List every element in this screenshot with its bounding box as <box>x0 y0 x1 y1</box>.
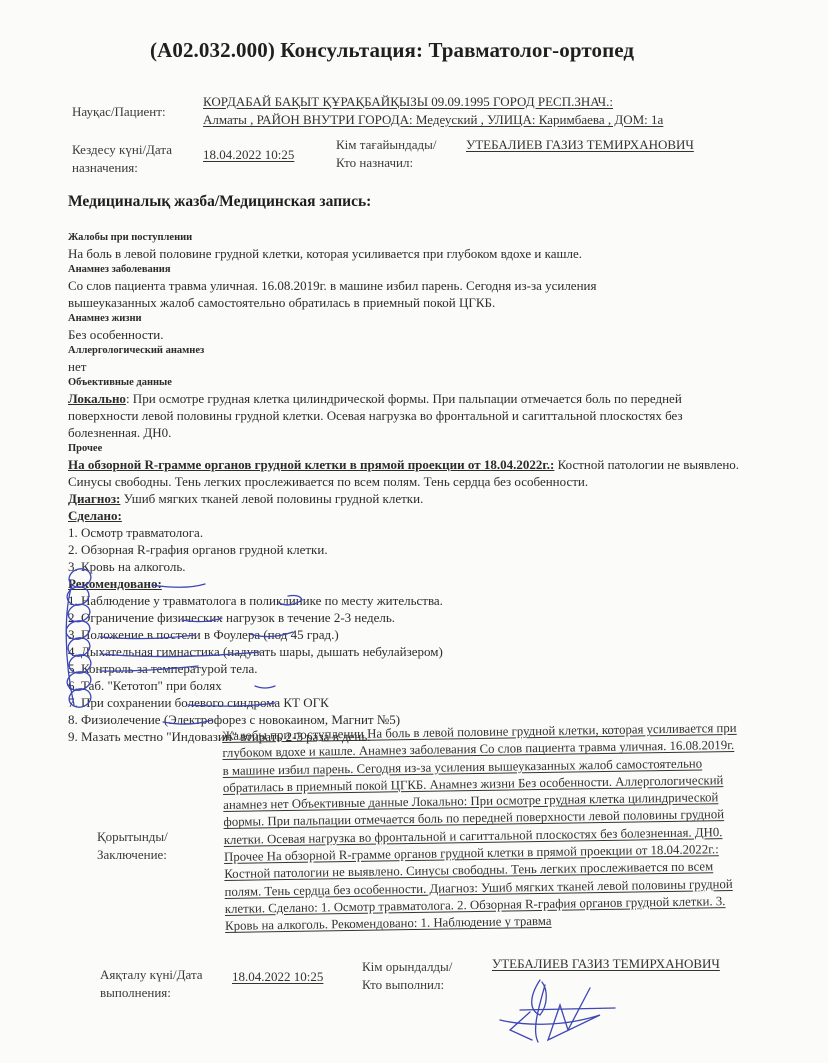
patient-label: Науқас/Пациент: <box>72 103 166 121</box>
completion-date-label: Аяқталу күні/Дата выполнения: <box>100 966 203 1002</box>
completion-date-value: 18.04.2022 10:25 <box>232 968 323 986</box>
objective-text: Локально: При осмотре грудная клетка цил… <box>68 390 708 441</box>
objective-title: Объективные данные <box>68 376 758 390</box>
complaints-text: На боль в левой половине грудной клетки,… <box>68 245 758 262</box>
diagnosis: Диагноз: Ушиб мягких тканей левой полови… <box>68 490 758 507</box>
diagnosis-label: Диагноз: <box>68 491 120 506</box>
patient-info-line-1: КОРДАБАЙ БАҚЫТ ҚҰРАҚБАЙҚЫЗЫ 09.09.1995 Г… <box>203 93 613 111</box>
other-text: На обзорной R-грамме органов грудной кле… <box>68 456 758 490</box>
objective-local-text: : При осмотре грудная клетка цилиндричес… <box>68 391 683 440</box>
document-title: (A02.032.000) Консультация: Травматолог-… <box>150 38 634 63</box>
conclusion-label-kk: Қорытынды/ <box>97 828 168 846</box>
medical-record-heading: Медициналық жазба/Медицинская запись: <box>68 193 371 211</box>
recommended-item: 6. Таб. "Кетотоп" при болях <box>68 677 758 694</box>
assigned-by-value: УТЕБАЛИЕВ ГАЗИЗ ТЕМИРХАНОВИЧ <box>466 136 694 154</box>
objective-local-label: Локально <box>68 391 126 406</box>
allergy-text: нет <box>68 358 758 375</box>
recommended-item: 1. Наблюдение у травматолога в поликлини… <box>68 592 758 609</box>
recommended-item: 2. Ограничение физических нагрузок в теч… <box>68 609 758 626</box>
patient-info-line-2: Алматы , РАЙОН ВНУТРИ ГОРОДА: Медеуский … <box>203 111 663 129</box>
performer-label-kk: Кім орындалды/ <box>362 958 452 976</box>
appointment-date-label-kk: Кездесу күні/Дата <box>72 141 172 159</box>
medical-record-body: Жалобы при поступлении На боль в левой п… <box>68 230 758 745</box>
complaints-title: Жалобы при поступлении <box>68 231 758 245</box>
recommended-title: Рекомендовано: <box>68 575 758 592</box>
life-history-text: Без особенности. <box>68 326 758 343</box>
done-item: 1. Осмотр травматолога. <box>68 524 758 541</box>
assigned-by-label-kk: Кім тағайындады/ <box>336 136 436 154</box>
completion-date-label-kk: Аяқталу күні/Дата <box>100 966 203 984</box>
scanned-medical-document: (A02.032.000) Консультация: Травматолог-… <box>0 0 828 1063</box>
appointment-date-value: 18.04.2022 10:25 <box>203 146 294 164</box>
allergy-title: Аллергологический анамнез <box>68 344 758 358</box>
diagnosis-text: Ушиб мягких тканей левой половины грудно… <box>120 491 423 506</box>
recommended-item: 3. Положение в постели в Фоулера (под 45… <box>68 626 758 643</box>
performer-label: Кім орындалды/ Кто выполнил: <box>362 958 452 994</box>
disease-history-text: Со слов пациента травма уличная. 16.08.2… <box>68 277 658 311</box>
performer-value: УТЕБАЛИЕВ ГАЗИЗ ТЕМИРХАНОВИЧ <box>492 955 720 973</box>
xray-label: На обзорной R-грамме органов грудной кле… <box>68 457 554 472</box>
done-title: Сделано: <box>68 507 758 524</box>
assigned-by-label: Кім тағайындады/ Кто назначил: <box>336 136 436 172</box>
conclusion-label: Қорытынды/ Заключение: <box>97 828 168 864</box>
conclusion-text: Жалобы при поступлении На боль в левой п… <box>222 720 745 936</box>
completion-date-label-ru: выполнения: <box>100 984 203 1002</box>
appointment-date-label-ru: назначения: <box>72 159 172 177</box>
life-history-title: Анамнез жизни <box>68 312 758 326</box>
assigned-by-label-ru: Кто назначил: <box>336 154 436 172</box>
recommended-item: 4. Дыхательная гимнастика (надувать шары… <box>68 643 758 660</box>
recommended-item: 5. Контроль за температурой тела. <box>68 660 758 677</box>
recommended-item: 7. При сохранении болевого синдрома КТ О… <box>68 694 758 711</box>
done-item: 2. Обзорная R-графия органов грудной кле… <box>68 541 758 558</box>
done-list: 1. Осмотр травматолога. 2. Обзорная R-гр… <box>68 524 758 575</box>
conclusion-label-ru: Заключение: <box>97 846 168 864</box>
appointment-date-label: Кездесу күні/Дата назначения: <box>72 141 172 177</box>
performer-label-ru: Кто выполнил: <box>362 976 452 994</box>
disease-history-title: Анамнез заболевания <box>68 263 758 277</box>
other-title: Прочее <box>68 442 758 456</box>
done-item: 3. Кровь на алкоголь. <box>68 558 758 575</box>
